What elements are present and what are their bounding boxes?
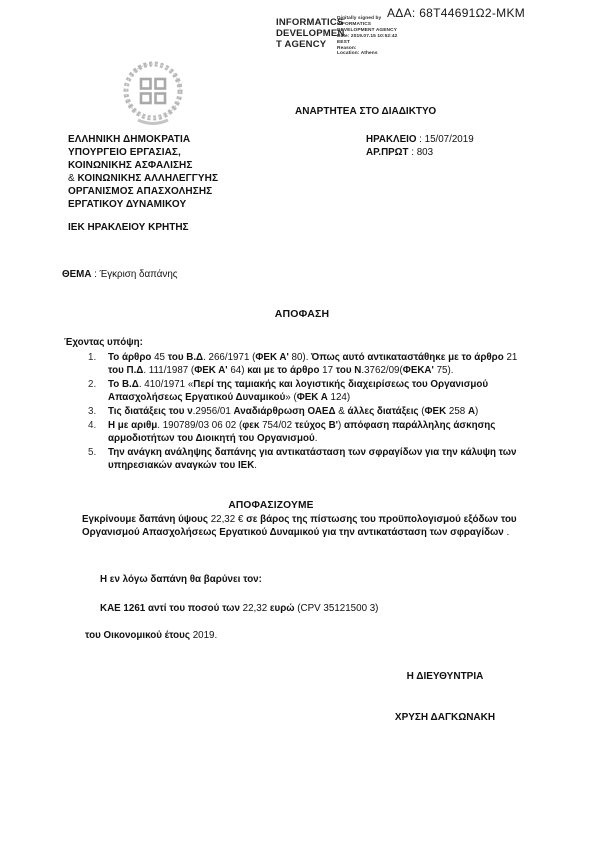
item-text: Το άρθρο 45 του Β.Δ. 266/1971 (ΦΕΚ Α' 80… (108, 351, 533, 377)
text-line: DEVELOPMENT AGENCY (337, 28, 397, 34)
item-number: 3. (88, 405, 108, 418)
text-line: ΕΡΓΑΤΙΚΟΥ ΔΥΝΑΜΙΚΟΥ (68, 198, 218, 211)
signature-block: Η ΔΙΕΥΘΥΝΤΡΙΑ ΧΡΥΣΗ ΔΑΓΚΩΝΑΚΗ (352, 671, 538, 724)
place-date-protocol-block: ΗΡΑΚΛΕΙΟ : 15/07/2019ΑΡ.ΠΡΩΤ : 803 (366, 133, 474, 159)
signature-space (352, 683, 538, 712)
signatory-name: ΧΡΥΣΗ ΔΑΓΚΩΝΑΚΗ (352, 712, 538, 724)
we-decide-heading: ΑΠΟΦΑΣΙΖΟΥΜΕ (160, 500, 382, 511)
issuing-office: ΙΕΚ ΗΡΑΚΛΕΙΟΥ ΚΡΗΤΗΣ (68, 222, 189, 233)
budget-burden-line: Η εν λόγω δαπάνη θα βαρύνει τον: (100, 574, 262, 585)
item-text: Τις διατάξεις του ν.2956/01 Αναδιάρθρωση… (108, 405, 533, 418)
item-number: 5. (88, 446, 108, 472)
item-number: 2. (88, 378, 108, 404)
text-line: ΗΡΑΚΛΕΙΟ : 15/07/2019 (366, 133, 474, 146)
ada-code: ΑΔΑ: 68Τ44691Ω2-ΜΚΜ (387, 6, 525, 20)
having-regard-label: Έχοντας υπόψη: (64, 337, 143, 348)
document-page: ΑΔΑ: 68Τ44691Ω2-ΜΚΜ INFORMATICSDEVELOPME… (0, 0, 595, 842)
signatory-role: Η ΔΙΕΥΘΥΝΤΡΙΑ (352, 671, 538, 683)
item-text: Η με αριθμ. 190789/03 06 02 (φεκ 754/02 … (108, 419, 533, 445)
item-text: Το Β.Δ. 410/1971 «Περί της ταμιακής και … (108, 378, 533, 404)
text-line: Date: 2019.07.15 10:52:42 (337, 34, 397, 40)
legal-basis-item: 3.Τις διατάξεις του ν.2956/01 Αναδιάρθρω… (88, 405, 533, 418)
text-line: ΕΛΛΗΝΙΚΗ ΔΗΜΟΚΡΑΤΙΑ (68, 133, 218, 146)
fiscal-year-line: του Οικονομικού έτους 2019. (85, 630, 217, 641)
text-line: DEVELOPMEN (276, 28, 345, 39)
decision-heading: ΑΠΟΦΑΣΗ (0, 308, 595, 320)
item-number: 4. (88, 419, 108, 445)
kae-budget-code-line: ΚΑΕ 1261 αντί του ποσού των 22,32 ευρώ (… (100, 603, 378, 614)
subject-line: ΘΕΜΑ : Έγκριση δαπάνης (62, 269, 178, 280)
text-line: ΚΟΙΝΩΝΙΚΗΣ ΑΣΦΑΛΙΣΗΣ (68, 159, 218, 172)
legal-basis-item: 1.Το άρθρο 45 του Β.Δ. 266/1971 (ΦΕΚ Α' … (88, 351, 533, 377)
text-line: INFORMATICS (276, 17, 345, 28)
legal-basis-item: 4.Η με αριθμ. 190789/03 06 02 (φεκ 754/0… (88, 419, 533, 445)
digital-signature-details: Digitally signed byINFORMATICSDEVELOPMEN… (337, 16, 397, 57)
text-line: & ΚΟΙΝΩΝΙΚΗΣ ΑΛΛΗΛΕΓΓΥΗΣ (68, 172, 218, 185)
published-online-banner: ΑΝΑΡΤΗΤΕΑ ΣΤΟ ΔΙΑΔΙΚΤΥΟ (295, 106, 436, 117)
text-line: ΥΠΟΥΡΓΕΙΟ ΕΡΓΑΣΙΑΣ, (68, 146, 218, 159)
legal-basis-item: 5.Την ανάγκη ανάληψης δαπάνης για αντικα… (88, 446, 533, 472)
item-number: 1. (88, 351, 108, 377)
text-line: ΑΡ.ΠΡΩΤ : 803 (366, 146, 474, 159)
text-line: T AGENCY (276, 39, 345, 50)
digital-signature-agency: INFORMATICSDEVELOPMENT AGENCY (276, 17, 345, 50)
decision-paragraph: Εγκρίνουμε δαπάνη ύψους 22,32 € σε βάρος… (82, 513, 534, 539)
legal-basis-item: 2.Το Β.Δ. 410/1971 «Περί της ταμιακής κα… (88, 378, 533, 404)
text-line: Location: Athens (337, 51, 397, 57)
issuing-authority-block: ΕΛΛΗΝΙΚΗ ΔΗΜΟΚΡΑΤΙΑΥΠΟΥΡΓΕΙΟ ΕΡΓΑΣΙΑΣ,ΚΟ… (68, 133, 218, 211)
item-text: Την ανάγκη ανάληψης δαπάνης για αντικατά… (108, 446, 533, 472)
legal-basis-list: 1.Το άρθρο 45 του Β.Δ. 266/1971 (ΦΕΚ Α' … (88, 351, 533, 473)
text-line: ΟΡΓΑΝΙΣΜΟΣ ΑΠΑΣΧΟΛΗΣΗΣ (68, 185, 218, 198)
hellenic-republic-emblem-icon (116, 56, 190, 132)
